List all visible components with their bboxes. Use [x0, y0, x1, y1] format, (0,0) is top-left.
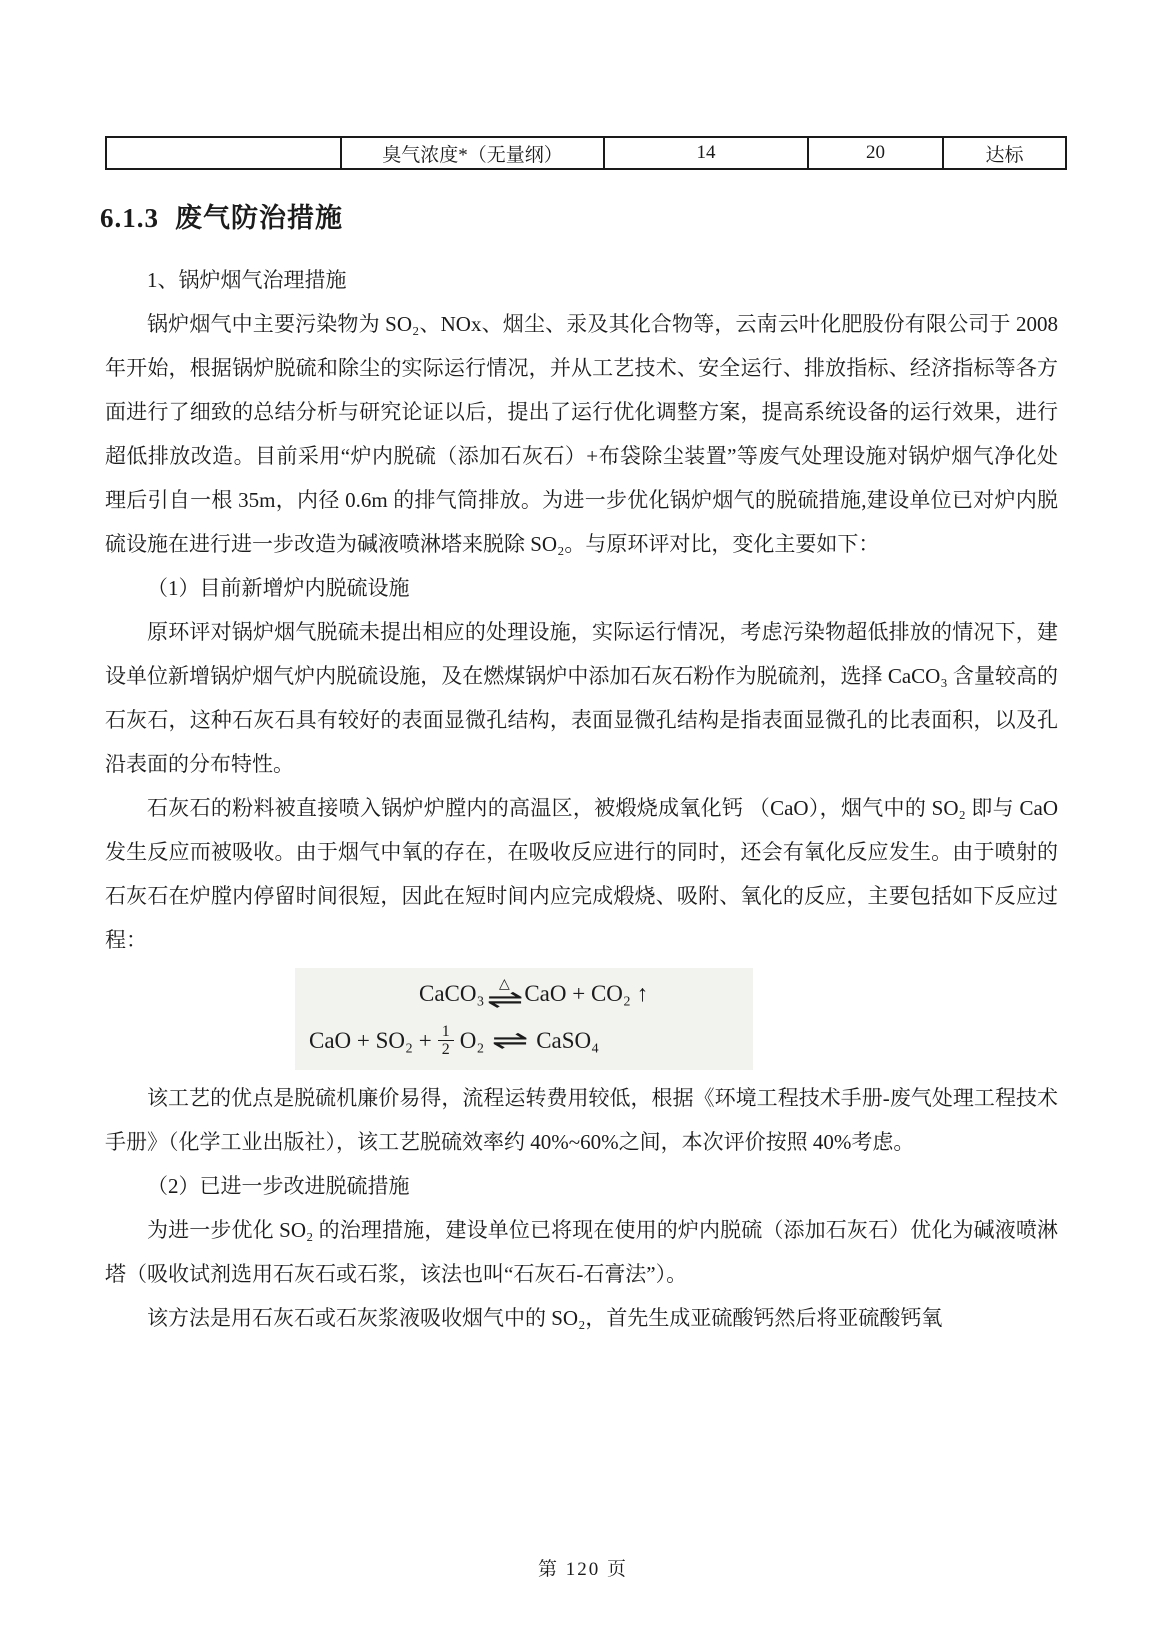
body-content: 1、锅炉烟气治理措施 锅炉烟气中主要污染物为 SO₂、NOx、烟尘、汞及其化合物…: [105, 258, 1058, 1340]
page-number-footer: 第 120 页: [0, 1554, 1166, 1581]
one-half-fraction: 1 2: [438, 1023, 454, 1058]
table-cell-blank: [106, 137, 341, 169]
equation-lhs: CaO + SO₂ +: [309, 1029, 432, 1052]
equation-rhs: CaO + CO₂ ↑: [524, 982, 648, 1005]
subheading-2: （1）目前新增炉内脱硫设施: [105, 566, 1058, 610]
equilibrium-arrow-icon: ⇌: [486, 991, 523, 1009]
table-cell-pollutant: 臭气浓度*（无量纲）: [341, 137, 604, 169]
subheading-3: （2）已进一步改进脱硫措施: [105, 1164, 1058, 1208]
equilibrium-arrow-icon: ⇌: [492, 1032, 529, 1050]
fraction-denominator: 2: [442, 1041, 450, 1058]
reaction-equations-figure: CaCO₃ △ ⇌ CaO + CO₂ ↑ CaO + SO₂ + 1 2 O₂…: [295, 968, 753, 1070]
equation-sulfation: CaO + SO₂ + 1 2 O₂ ⇌ CaSO₄: [309, 1023, 739, 1058]
equation-rhs: CaSO₄: [536, 1029, 599, 1052]
paragraph-2: 原环评对锅炉烟气脱硫未提出相应的处理设施，实际运行情况，考虑污染物超低排放的情况…: [105, 610, 1058, 786]
paragraph-4: 该工艺的优点是脱硫机廉价易得，流程运转费用较低，根据《环境工程技术手册-废气处理…: [105, 1076, 1058, 1164]
paragraph-3: 石灰石的粉料被直接喷入锅炉炉膛内的高温区，被煅烧成氧化钙 （CaO），烟气中的 …: [105, 786, 1058, 962]
section-title: 废气防治措施: [175, 203, 343, 233]
section-number: 6.1.3: [100, 203, 159, 233]
table-cell-limit: 20: [808, 137, 943, 169]
equation-oxygen: O₂: [460, 1029, 485, 1052]
table-cell-status: 达标: [943, 137, 1066, 169]
equation-lhs: CaCO₃: [419, 982, 485, 1005]
monitoring-table-fragment: 臭气浓度*（无量纲） 14 20 达标: [105, 136, 1067, 170]
document-page: 臭气浓度*（无量纲） 14 20 达标 6.1.3废气防治措施 1、锅炉烟气治理…: [0, 0, 1166, 1649]
paragraph-6: 该方法是用石灰石或石灰浆液吸收烟气中的 SO₂，首先生成亚硫酸钙然后将亚硫酸钙氧: [105, 1296, 1058, 1340]
fraction-numerator: 1: [438, 1023, 454, 1041]
equilibrium-arrow-with-delta: △ ⇌: [494, 978, 516, 1009]
subheading-1: 1、锅炉烟气治理措施: [105, 258, 1058, 302]
paragraph-1: 锅炉烟气中主要污染物为 SO₂、NOx、烟尘、汞及其化合物等，云南云叶化肥股份有…: [105, 302, 1058, 566]
section-heading: 6.1.3废气防治措施: [100, 196, 343, 235]
table-cell-measured: 14: [604, 137, 808, 169]
equation-calcination: CaCO₃ △ ⇌ CaO + CO₂ ↑: [419, 978, 739, 1009]
table-row: 臭气浓度*（无量纲） 14 20 达标: [106, 137, 1066, 169]
paragraph-5: 为进一步优化 SO₂ 的治理措施，建设单位已将现在使用的炉内脱硫（添加石灰石）优…: [105, 1208, 1058, 1296]
